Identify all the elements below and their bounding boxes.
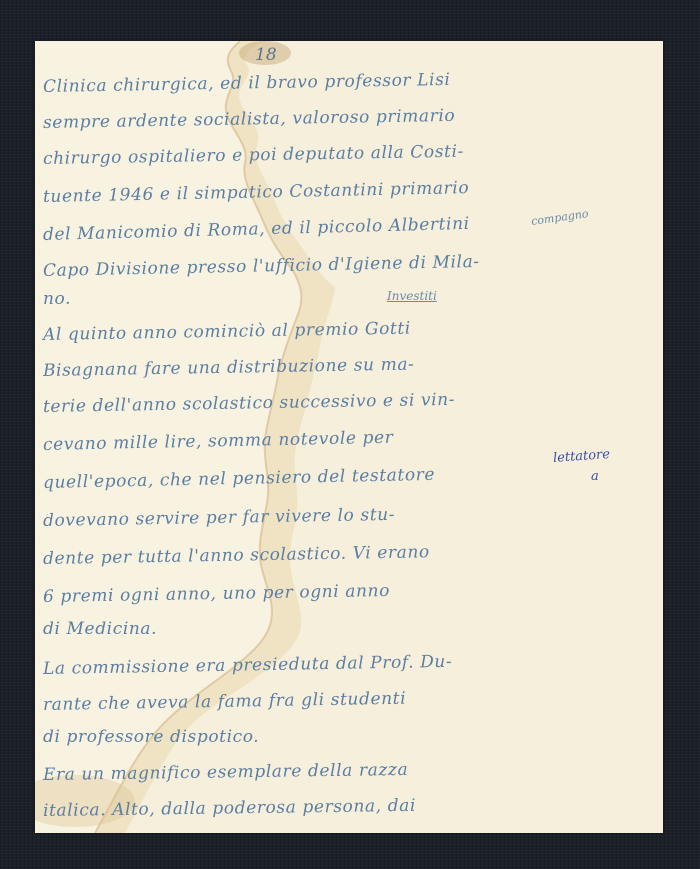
text-line: Clinica chirurgica, ed il bravo professo… — [43, 70, 451, 97]
text-line: tuente 1946 e il simpatico Costantini pr… — [43, 178, 470, 207]
text-line: Era un magnifico esemplare della razza — [43, 760, 409, 785]
text-line: Capo Divisione presso l'ufficio d'Igiene… — [43, 252, 480, 281]
text-line: Bisagnana fare una distribuzione su ma- — [43, 355, 415, 381]
text-line: rante che aveva la fama fra gli studenti — [43, 689, 407, 715]
text-line: La commissione era presieduta dal Prof. … — [43, 652, 453, 679]
text-line: del Manicomio di Roma, ed il piccolo Alb… — [43, 214, 470, 245]
text-line: terie dell'anno scolastico successivo e … — [43, 390, 455, 417]
text-line: Al quinto anno cominciò al premio Gotti — [43, 319, 411, 345]
annotation-heading: Investiti — [387, 289, 437, 303]
text-line: no. — [43, 289, 71, 309]
text-line: dovevano servire per far vivere lo stu- — [43, 505, 395, 531]
text-line: dente per tutta l'anno scolastico. Vi er… — [43, 542, 430, 569]
annotation-correction: lettatore — [553, 447, 611, 466]
page-number: 18 — [255, 45, 277, 65]
text-line: di Medicina. — [43, 619, 157, 639]
text-line: di professore dispotico. — [43, 727, 259, 747]
annotation-interline: compagno — [530, 207, 589, 228]
text-line: 6 premi ogni anno, uno per ogni anno — [43, 581, 390, 607]
manuscript-page: 18 Clinica chirurgica, ed il bravo profe… — [35, 41, 663, 833]
text-line: sempre ardente socialista, valoroso prim… — [43, 106, 456, 133]
text-line: italica. Alto, dalla poderosa persona, d… — [43, 796, 416, 821]
text-line: cevano mille lire, somma notevole per — [43, 428, 394, 455]
text-line: chirurgo ospitaliero e poi deputato alla… — [43, 142, 464, 169]
text-line: quell'epoca, che nel pensiero del testat… — [43, 465, 436, 493]
annotation-correction-letter: a — [591, 469, 599, 484]
